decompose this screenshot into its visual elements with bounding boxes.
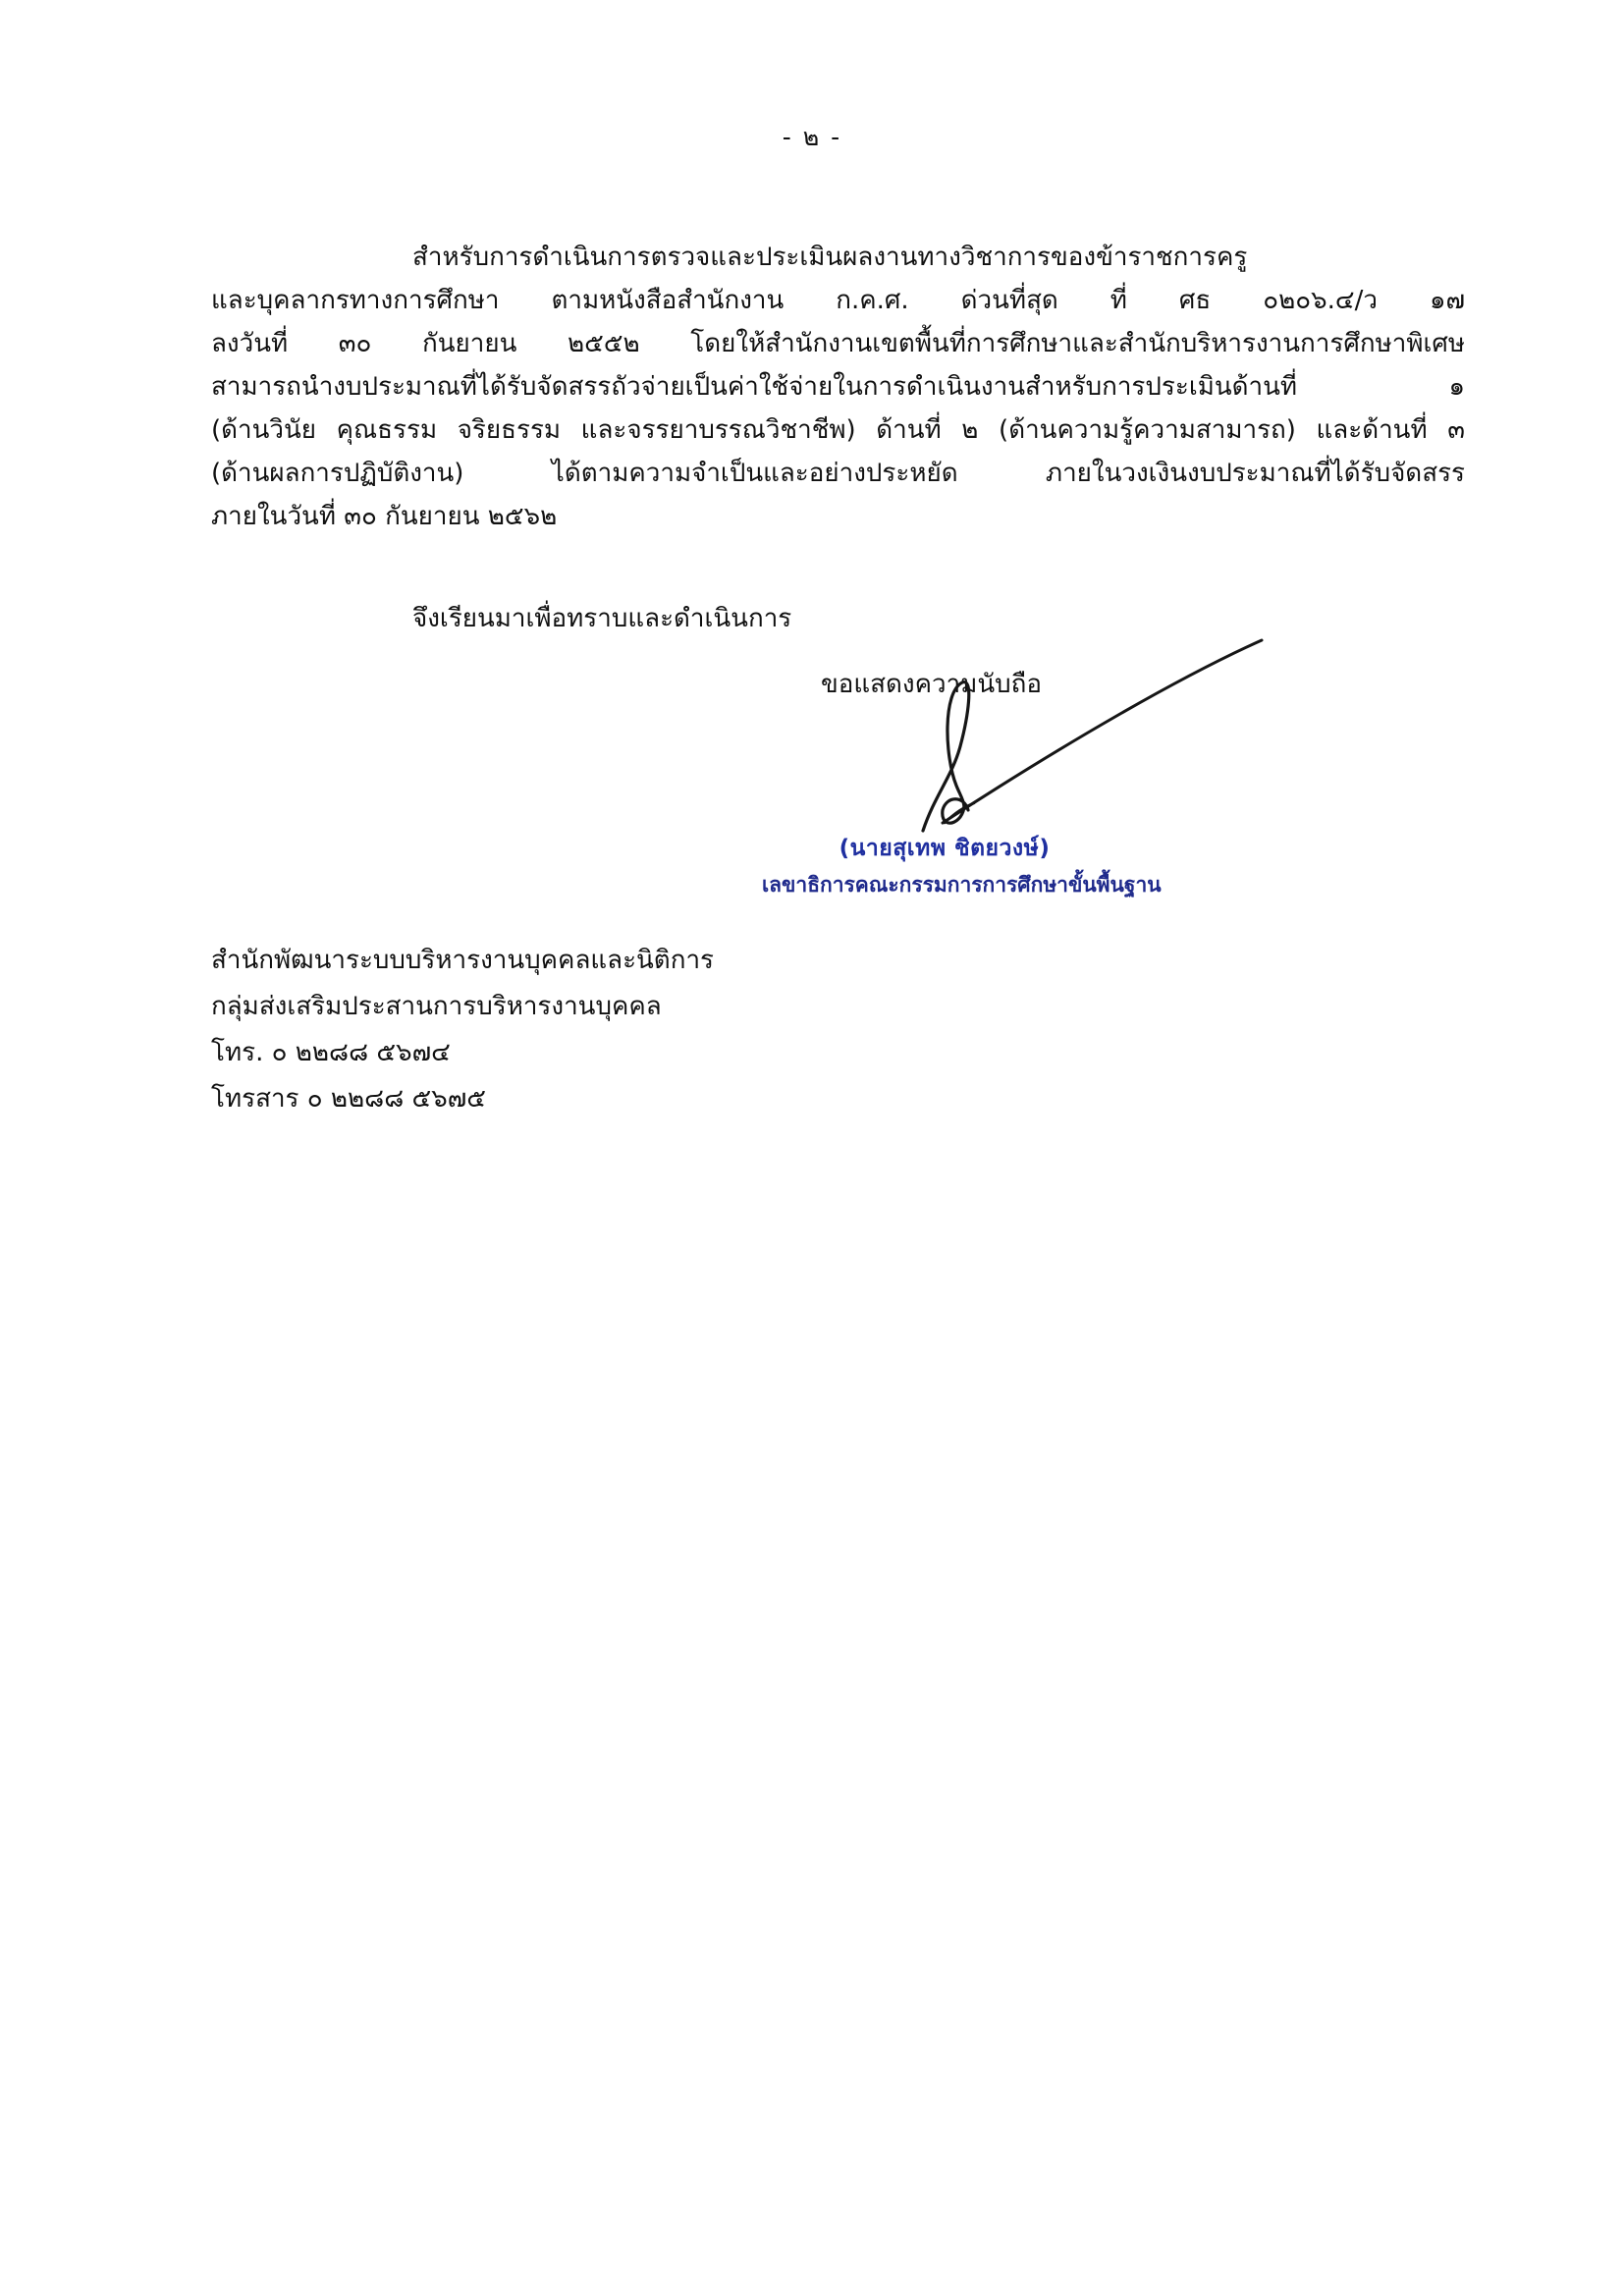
phone-number: โทร. ๐ ๒๒๘๘ ๕๖๗๔ (211, 1030, 714, 1076)
page-number: - ๒ - (0, 118, 1624, 157)
office-name: สำนักพัฒนาระบบบริหารงานบุคคลและนิติการ (211, 938, 714, 984)
fax-number: โทรสาร ๐ ๒๒๘๘ ๕๖๗๕ (211, 1076, 714, 1122)
body-line: สามารถนำงบประมาณที่ได้รับจัดสรรถัวจ่ายเป… (211, 365, 1465, 408)
body-line: และบุคลากรทางการศึกษา ตามหนังสือสำนักงาน… (211, 279, 1465, 322)
handwritten-signature-icon (884, 638, 1296, 854)
body-line: ลงวันที่ ๓๐ กันยายน ๒๕๕๒ โดยให้สำนักงานเ… (211, 322, 1465, 365)
contact-block: สำนักพัฒนาระบบบริหารงานบุคคลและนิติการ ก… (211, 938, 714, 1122)
body-line: สำหรับการดำเนินการตรวจและประเมินผลงานทาง… (211, 236, 1465, 279)
body-line: (ด้านผลการปฏิบัติงาน) ได้ตามความจำเป็นแล… (211, 452, 1465, 495)
body-paragraph: สำหรับการดำเนินการตรวจและประเมินผลงานทาง… (211, 236, 1465, 538)
body-line: (ด้านวินัย คุณธรรม จริยธรรม และจรรยาบรรณ… (211, 408, 1465, 452)
group-name: กลุ่มส่งเสริมประสานการบริหารงานบุคคล (211, 984, 714, 1030)
signer-name: (นายสุเทพ ชิตยวงษ์) (0, 831, 1624, 866)
signer-title: เลขาธิการคณะกรรมการการศึกษาขั้นพื้นฐาน (762, 869, 1162, 901)
body-line: ภายในวันที่ ๓๐ กันยายน ๒๕๖๒ (211, 495, 1465, 538)
document-page: - ๒ - สำหรับการดำเนินการตรวจและประเมินผล… (0, 0, 1624, 2285)
closing-sentence: จึงเรียนมาเพื่อทราบและดำเนินการ (412, 597, 791, 640)
